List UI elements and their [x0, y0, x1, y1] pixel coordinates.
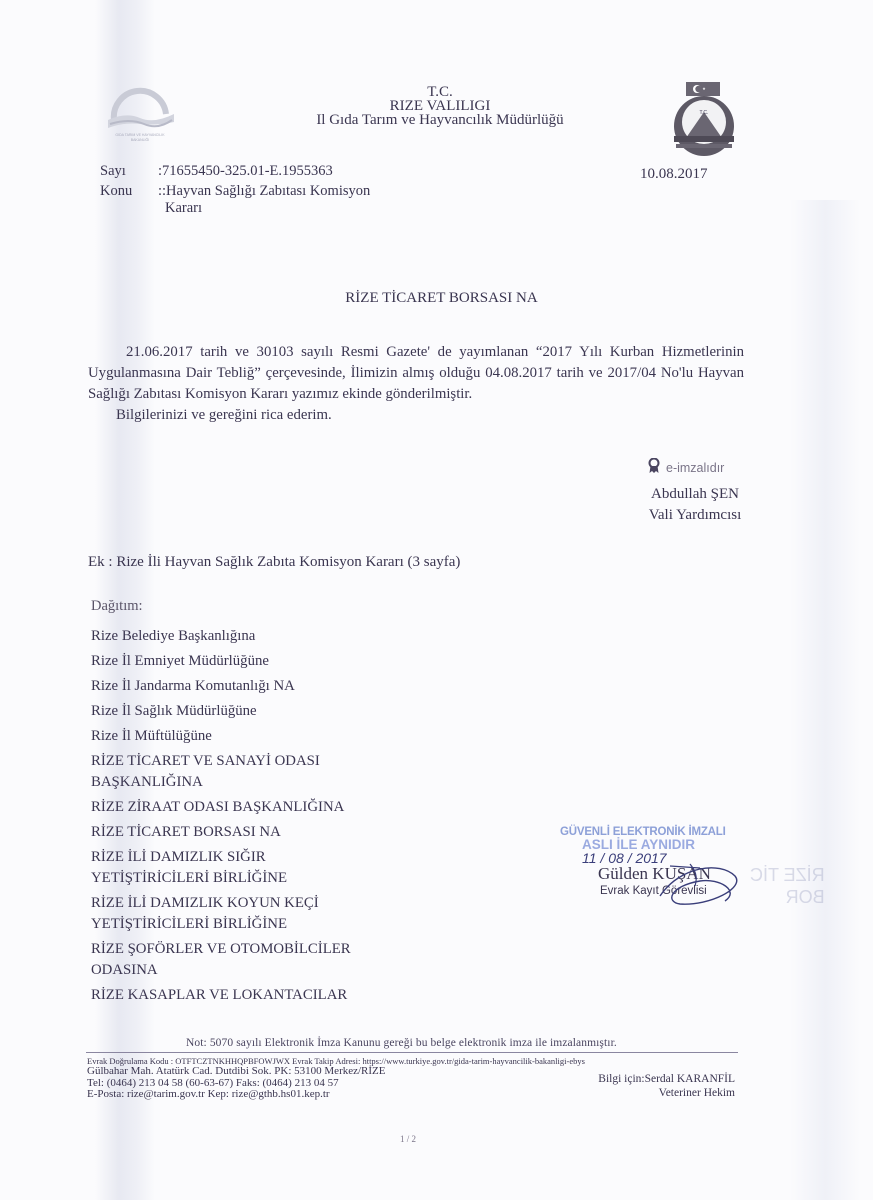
distribution-item: RİZE İLİ DAMIZLIK KOYUN KEÇİYETİŞTİRİCİL… — [91, 893, 421, 935]
rize-governorship-emblem: T.C. — [664, 78, 744, 160]
distribution-item: Rize İl Emniyet Müdürlüğüne — [91, 651, 421, 672]
ribbon-badge-icon — [648, 458, 660, 477]
info-contact-title: Veteriner Hekim — [560, 1086, 735, 1100]
distribution-item: RİZE İLİ DAMIZLIK SIĞIRYETİŞTİRİCİLERİ B… — [91, 847, 421, 889]
distribution-item: RİZE ŞOFÖRLER VE OTOMOBİLCİLERODASINA — [91, 939, 421, 981]
body-paragraph: 21.06.2017 tarih ve 30103 sayılı Resmi G… — [88, 342, 744, 405]
bleed-through-stamp: RİZE TİC BOR — [750, 864, 825, 908]
info-contact-name: Bilgi için:Serdal KARANFİL — [560, 1072, 735, 1086]
konu-label: Konu — [100, 183, 132, 200]
handwritten-signature-icon — [640, 856, 750, 916]
ministry-logo: GIDA TARIM VE HAYVANCILIK BAKANLIĞI — [100, 74, 180, 144]
signer-block: Abdullah ŞEN Vali Yardımcısı — [600, 484, 790, 526]
distribution-label: Dağıtım: — [91, 598, 143, 615]
document-header: T.C. RIZE VALILIGI Il Gıda Tarım ve Hayv… — [250, 85, 630, 127]
page-number: 1 / 2 — [400, 1134, 416, 1144]
svg-text:T.C.: T.C. — [700, 110, 709, 116]
distribution-item: Rize İl Sağlık Müdürlüğüne — [91, 701, 421, 722]
distribution-item: Rize Belediye Başkanlığına — [91, 626, 421, 647]
distribution-item: RİZE TİCARET VE SANAYİ ODASIBAŞKANLIĞINA — [91, 751, 421, 793]
footer-divider — [86, 1052, 738, 1053]
distribution-item: RİZE KASAPLAR VE LOKANTACILAR — [91, 985, 421, 1006]
certified-copy-stamp: GÜVENLİ ELEKTRONİK İMZALI ASLI İLE AYNID… — [560, 826, 760, 897]
header-directorate: Il Gıda Tarım ve Hayvancılık Müdürlüğü — [250, 113, 630, 127]
konu-value-cont: Kararı — [165, 200, 202, 217]
distribution-item: RİZE TİCARET BORSASI NA — [91, 822, 421, 843]
konu-value: ::Hayvan Sağlığı Zabıtası Komisyon — [158, 183, 370, 200]
info-contact: Bilgi için:Serdal KARANFİL Veteriner Hek… — [560, 1072, 735, 1100]
svg-text:BAKANLIĞI: BAKANLIĞI — [131, 137, 150, 142]
signer-name: Abdullah ŞEN — [600, 484, 790, 505]
esign-label: e-imzalıdır — [666, 461, 724, 475]
distribution-list: Rize Belediye BaşkanlığınaRize İl Emniye… — [91, 626, 421, 1010]
body-text: 21.06.2017 tarih ve 30103 sayılı Resmi G… — [88, 342, 744, 426]
distribution-item: Rize İl Müftülüğüne — [91, 726, 421, 747]
esign-indicator: e-imzalıdır — [648, 458, 724, 477]
sayi-value: :71655450-325.01-E.1955363 — [158, 163, 333, 180]
scan-shadow — [790, 200, 860, 1200]
distribution-item: RİZE ZİRAAT ODASI BAŞKANLIĞINA — [91, 797, 421, 818]
body-closing: Bilgilerinizi ve gereğini rica ederim. — [88, 405, 744, 426]
sayi-label: Sayı — [100, 163, 126, 180]
document-date: 10.08.2017 — [640, 166, 708, 183]
distribution-item: Rize İl Jandarma Komutanlığı NA — [91, 676, 421, 697]
signer-title: Vali Yardımcısı — [600, 505, 790, 526]
esign-law-note: Not: 5070 sayılı Elektronik İmza Kanunu … — [186, 1037, 617, 1049]
svg-text:GIDA TARIM VE HAYVANCILIK: GIDA TARIM VE HAYVANCILIK — [115, 133, 165, 137]
header-governorship: RIZE VALILIGI — [250, 99, 630, 113]
recipient-title: RİZE TİCARET BORSASI NA — [0, 290, 873, 307]
header-tc: T.C. — [250, 85, 630, 99]
attachment-line: Ek : Rize İli Hayvan Sağlık Zabıta Komis… — [88, 554, 460, 571]
